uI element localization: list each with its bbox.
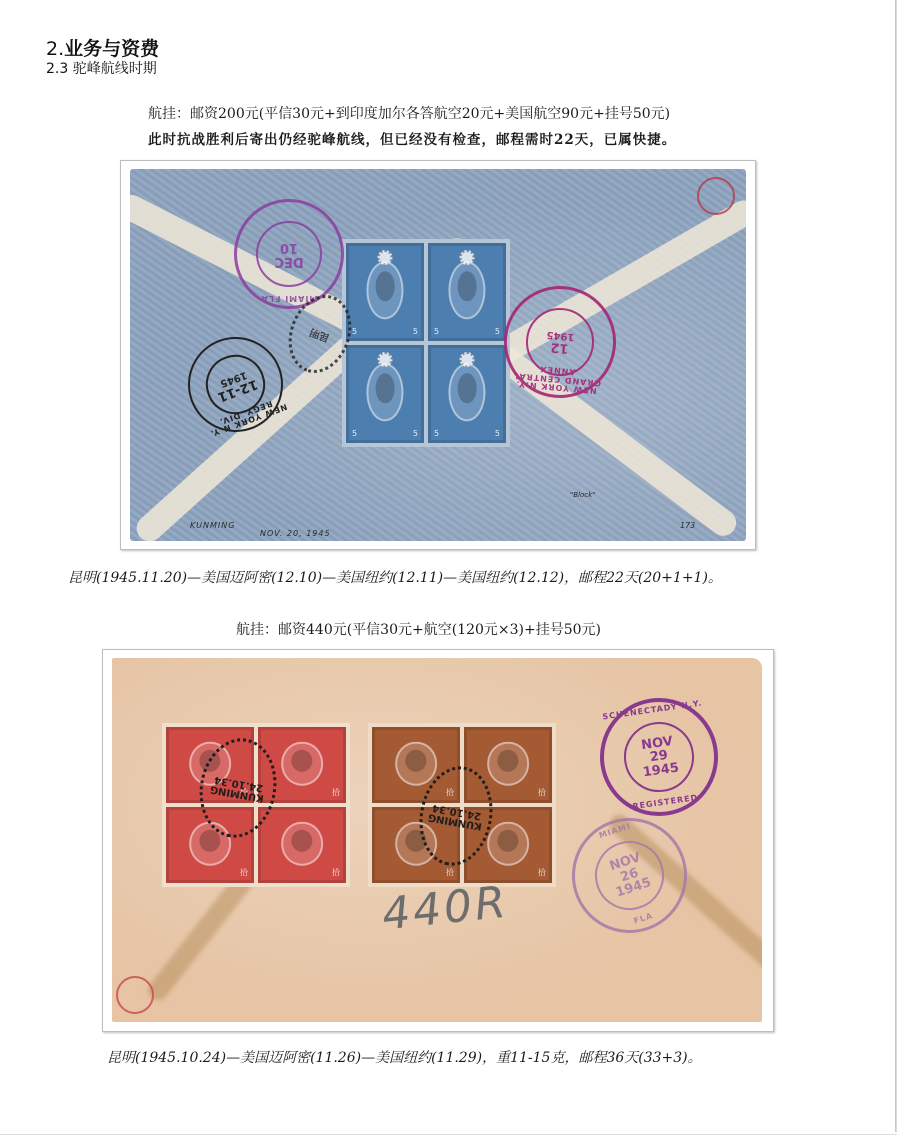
postmark-year: 1945: [546, 329, 575, 342]
subsection-title: 2.3 驼峰航线时期: [46, 58, 157, 78]
stamp-value: 55: [434, 327, 500, 336]
cover1-route-caption: 昆明(1945.11.20)—美国迈阿密(12.10)—美国纽约(12.11)—…: [68, 567, 722, 587]
page-edge: [895, 0, 897, 1132]
postmark-text: 昆明: [309, 326, 331, 343]
postmark-miami-dec: MIAMI FLA DEC 10: [234, 199, 344, 309]
stamp-value-right: 5: [413, 327, 418, 336]
face-shape: [458, 272, 477, 301]
stamp-value: 拾: [470, 867, 546, 878]
stamp-value: 55: [352, 429, 418, 438]
face-shape: [376, 374, 395, 403]
section-title: 2.业务与资费: [46, 34, 159, 61]
postmark-day: 12: [550, 340, 569, 355]
stamp-value-text: 拾: [446, 867, 454, 878]
postmark-miami-nov: MIAMI NOV 26 1945 FLA: [557, 803, 702, 948]
pencil-note-number: 173: [680, 521, 695, 530]
stamp-value: 拾: [378, 867, 454, 878]
red-chop-mark: [116, 976, 154, 1014]
stamp: 55: [346, 345, 424, 443]
stamp: 拾: [258, 807, 346, 883]
stamp-value-text: 拾: [538, 787, 546, 798]
postmark-day: 10: [280, 240, 298, 254]
postmark-month: DEC: [274, 254, 303, 268]
face-shape: [376, 272, 395, 301]
stamp-value-text: 拾: [332, 787, 340, 798]
stamp-value-left: 5: [352, 429, 357, 438]
face-shape: [458, 374, 477, 403]
cover1-photo-frame: 55 55 55 55 MIAMI FLA DEC 10 NEW YORK N.…: [120, 160, 756, 550]
stamp-value-left: 5: [434, 429, 439, 438]
stamp-value-right: 5: [495, 327, 500, 336]
cover1-envelope: 55 55 55 55 MIAMI FLA DEC 10 NEW YORK N.…: [130, 169, 746, 541]
stamp: 55: [428, 345, 506, 443]
stamp: 55: [346, 243, 424, 341]
cover2-photo-frame: 拾 拾 拾 拾 拾 拾 拾 拾 KUNMING 24.10.34 KUNMING…: [102, 649, 774, 1032]
stamp-value-right: 5: [495, 429, 500, 438]
stamp-value: 拾: [172, 867, 248, 878]
stamp-value: 55: [352, 327, 418, 336]
pencil-note-origin: KUNMING: [190, 521, 235, 530]
stamp-block-blue: 55 55 55 55: [342, 239, 510, 447]
stamp: 55: [428, 243, 506, 341]
stamp-value: 拾: [264, 867, 340, 878]
section-number: 2.: [46, 38, 64, 60]
postmark-ring-text: NEW YORK N.Y. GRAND CENTRAL ANNEX: [503, 361, 611, 395]
stamp-value-text: 拾: [538, 867, 546, 878]
stamp-value-left: 5: [434, 327, 439, 336]
pencil-note-block: "Block": [570, 491, 595, 499]
stamp-value-right: 5: [413, 429, 418, 438]
stamp-value-text: 拾: [240, 867, 248, 878]
stamp-value: 55: [434, 429, 500, 438]
stamp-value-text: 拾: [332, 867, 340, 878]
postmark-schenectady-registered: SCHENECTADY N.Y. NOV 29 1945 REGISTERED: [592, 690, 725, 823]
page-edge-bottom: [0, 1134, 897, 1135]
section-title-text: 业务与资费: [64, 38, 159, 60]
stamp-value-left: 5: [352, 327, 357, 336]
red-chop-mark: [697, 177, 735, 215]
postmark-ring-text: SCHENECTADY N.Y.: [597, 699, 707, 723]
cover1-rate-line: 航挂：邮资200元(平信30元+到印度加尔各答航空20元+美国航空90元+挂号5…: [148, 103, 670, 123]
pencil-note-date: NOV. 20, 1945: [260, 529, 331, 538]
cover1-note-line: 此时抗战胜利后寄出仍经驼峰航线，但已经没有检查，邮程需时22天，已属快捷。: [148, 128, 676, 148]
cover2-route-caption: 昆明(1945.10.24)—美国迈阿密(11.26)—美国纽约(11.29)，…: [107, 1047, 702, 1067]
cover2-rate-line: 航挂：邮资440元(平信30元+航空(120元×3)+挂号50元): [236, 619, 601, 639]
cover2-envelope: 拾 拾 拾 拾 拾 拾 拾 拾 KUNMING 24.10.34 KUNMING…: [112, 658, 762, 1022]
